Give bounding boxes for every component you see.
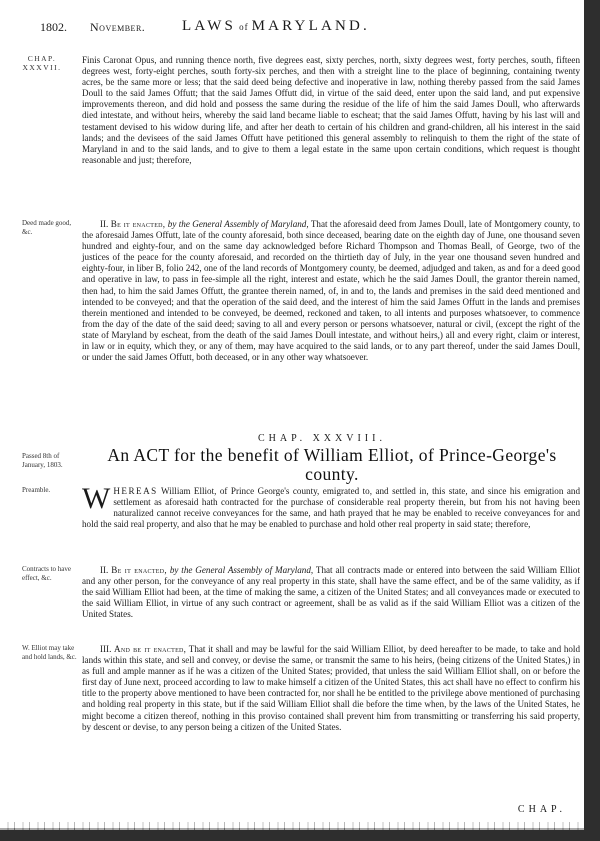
margin-note-elliot-lands: W. Elliot may take and hold lands, &c. — [22, 644, 80, 661]
margin-note-contracts: Contracts to have effect, &c. — [22, 565, 80, 582]
preamble-first-word: HEREAS — [113, 486, 157, 496]
enacting-authority: by the General Assembly of Maryland, — [170, 565, 313, 575]
enacting-clause: Be it enacted, — [111, 219, 166, 229]
section-number: III. — [100, 644, 111, 654]
document-page: 1802. November. LAWSofMARYLAND. CHAP. XX… — [0, 0, 584, 828]
margin-chap-number: XXXVII. — [22, 64, 62, 73]
margin-note-passed-date: Passed 8th of January, 1803. — [22, 452, 80, 469]
torn-paper-edge — [0, 822, 584, 830]
title-of: of — [239, 22, 249, 32]
section-ii-chap37: II. Be it enacted, by the General Assemb… — [82, 219, 580, 363]
margin-note-deed-made-good: Deed made good, &c. — [22, 219, 80, 236]
catchword: CHAP. — [518, 804, 566, 815]
running-head: 1802. November. LAWSofMARYLAND. — [40, 18, 580, 38]
page-month: November. — [90, 20, 145, 35]
section-ii-chap38: II. Be it enacted, by the General Assemb… — [82, 565, 580, 620]
title-maryland: MARYLAND. — [252, 18, 370, 34]
enacting-authority: by the General Assembly of Maryland, — [168, 219, 309, 229]
section-text: That it shall and may be lawful for the … — [82, 644, 580, 732]
section-iii-chap38: III. And be it enacted, That it shall an… — [82, 644, 580, 733]
enacting-clause: Be it enacted, — [111, 565, 167, 575]
margin-chapter-label: CHAP. XXXVII. — [22, 55, 62, 72]
section-number: II. — [100, 565, 108, 575]
chapter-heading: CHAP. XXXVIII. — [258, 433, 386, 444]
preamble-paragraph: WHEREAS William Elliot, of Prince George… — [82, 486, 580, 530]
page-year: 1802. — [40, 20, 67, 35]
title-laws: LAWS — [182, 18, 236, 34]
drop-cap: W — [82, 486, 110, 511]
page-title: LAWSofMARYLAND. — [182, 18, 370, 35]
section-text: That the aforesaid deed from James Doull… — [82, 219, 580, 362]
enacting-clause: And be it enacted, — [114, 644, 186, 654]
opening-paragraph: Finis Caronat Opus, and running thence n… — [82, 55, 580, 166]
act-title: An ACT for the benefit of William Elliot… — [82, 446, 582, 484]
margin-note-preamble: Preamble. — [22, 486, 80, 495]
section-number: II. — [100, 219, 108, 229]
